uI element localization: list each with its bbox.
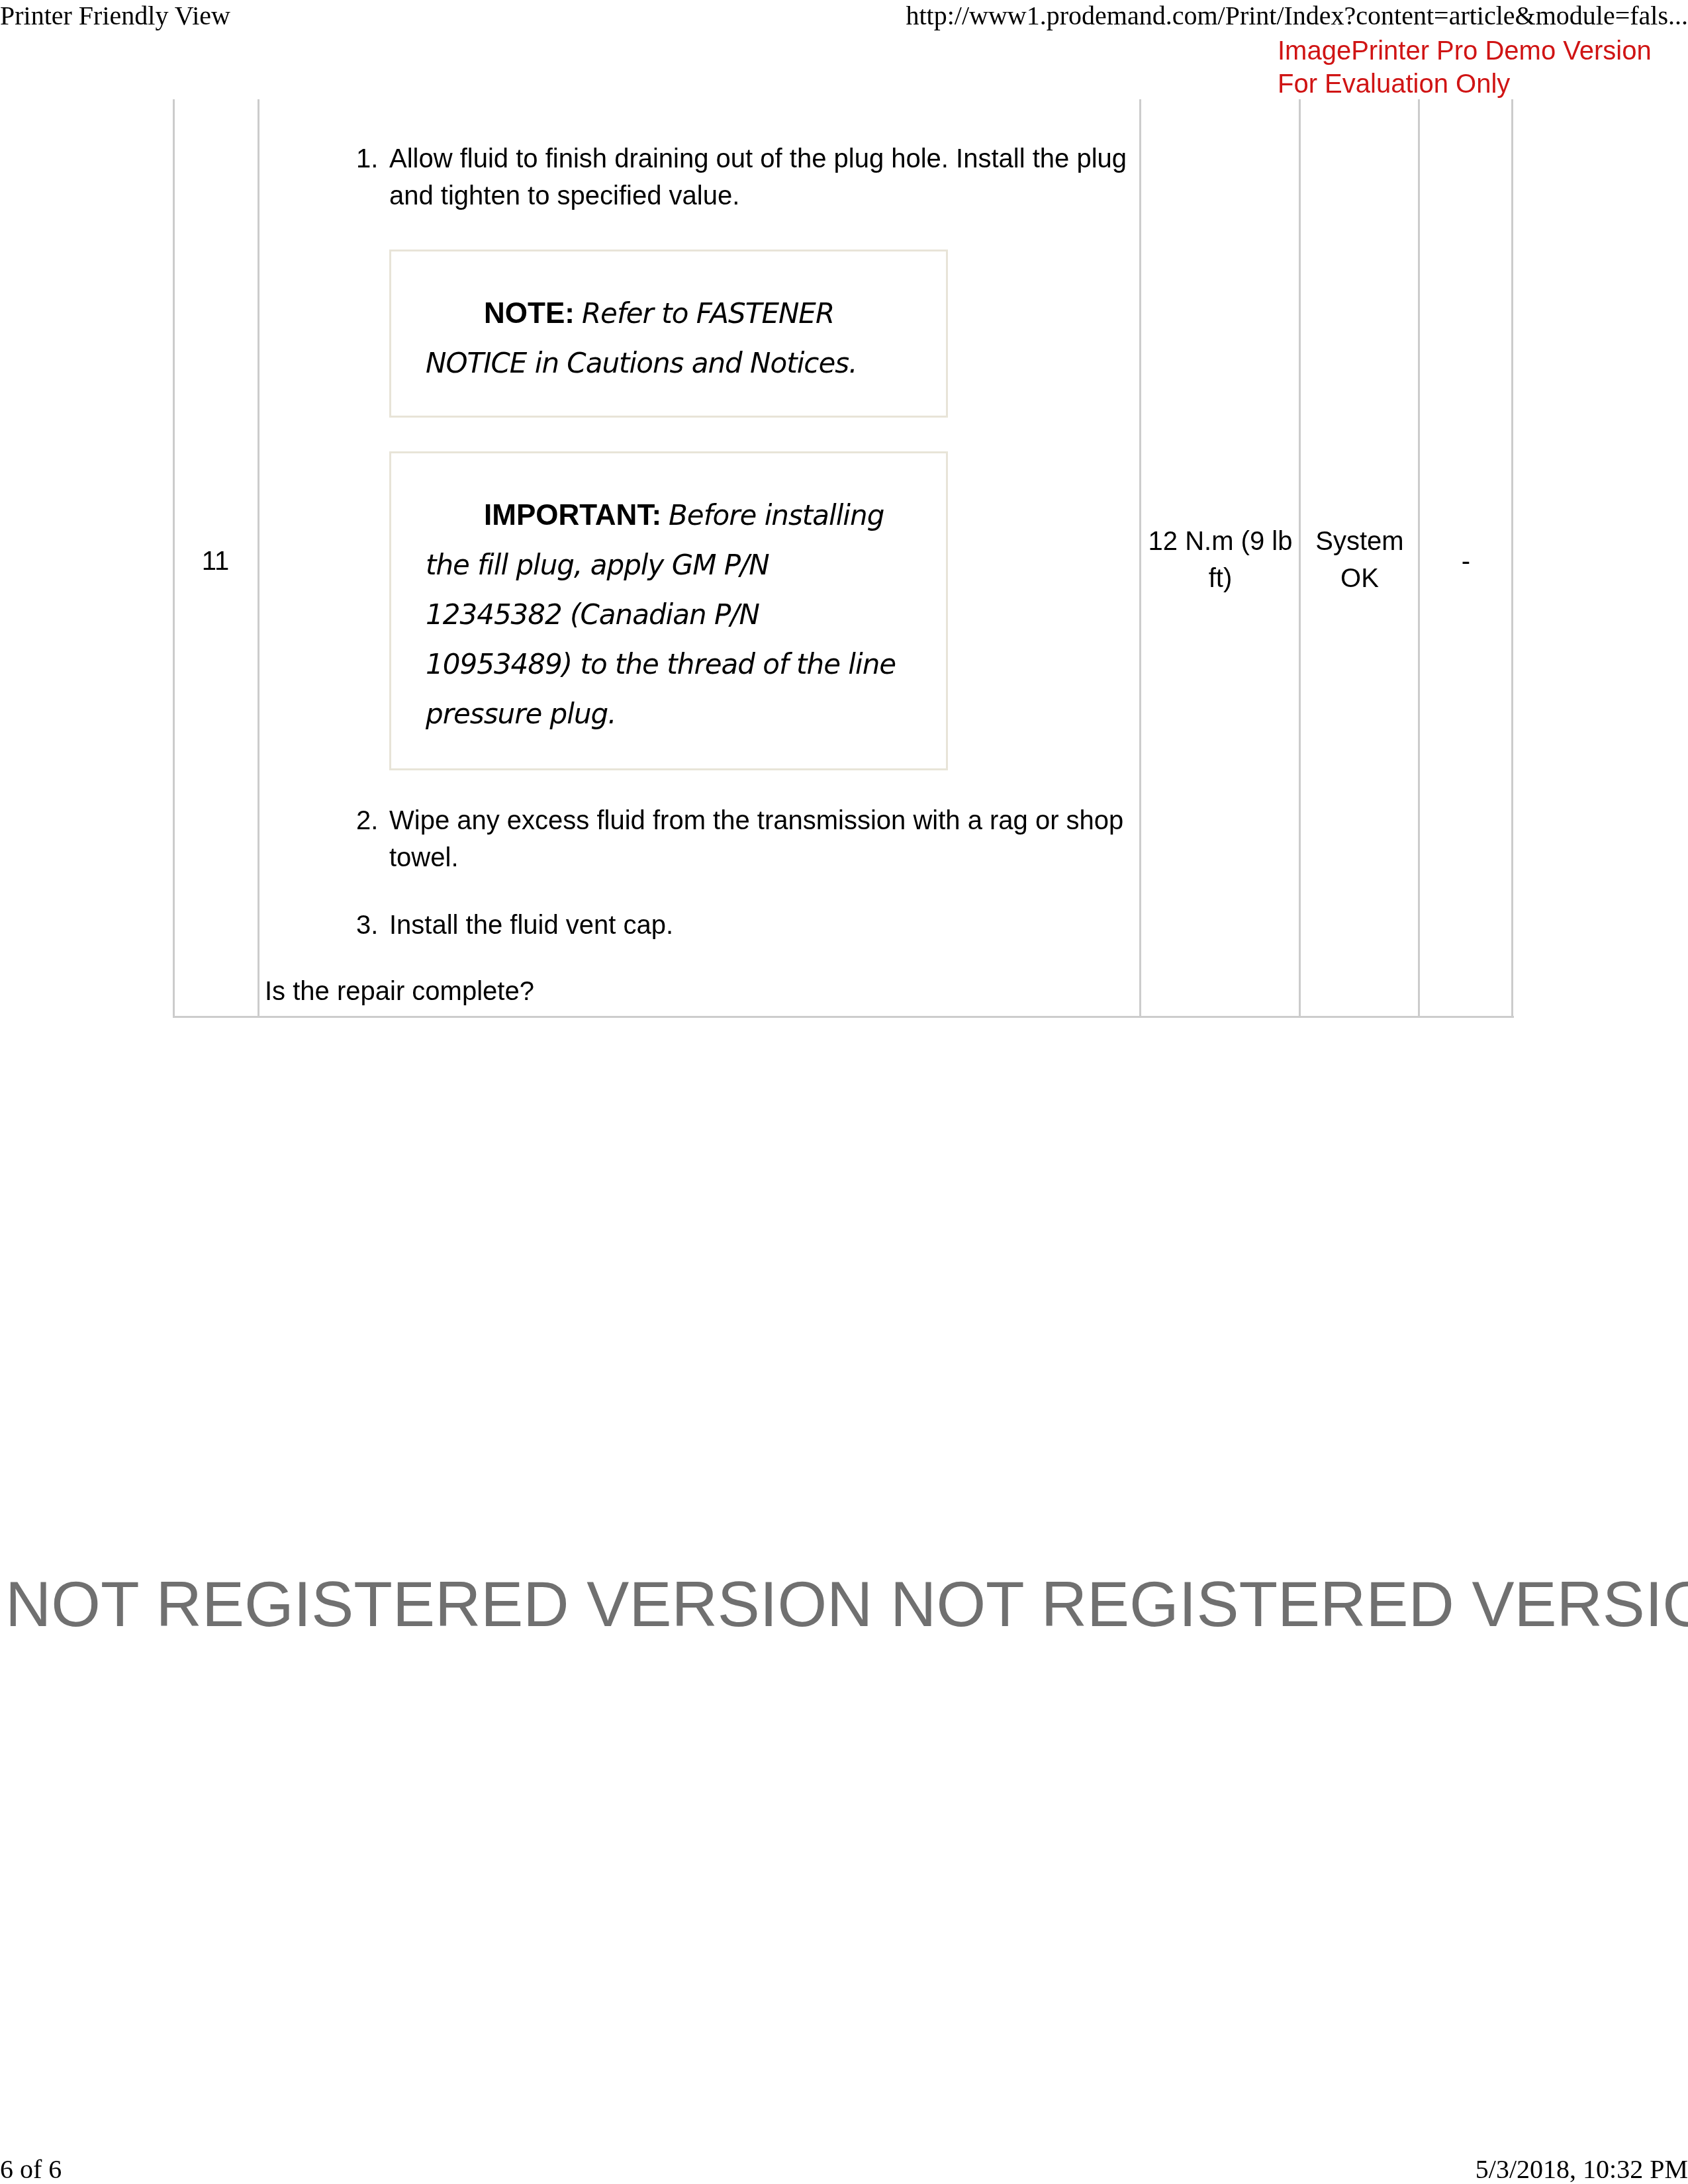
yes-result: System OK xyxy=(1301,523,1419,597)
no-result: - xyxy=(1420,543,1512,580)
list-item-number: 1. xyxy=(356,140,378,177)
unregistered-watermark: NOT REGISTERED VERSION NOT REGISTERED VE… xyxy=(5,1569,1688,1641)
note-label: NOTE: xyxy=(484,297,575,330)
list-item: 1. Allow fluid to finish draining out of… xyxy=(356,140,1137,214)
table-border-bottom xyxy=(173,1016,1514,1018)
step-number: 11 xyxy=(173,543,258,580)
list-item-number: 2. xyxy=(356,802,378,839)
list-item-number: 3. xyxy=(356,907,378,944)
list-item-text: Allow fluid to finish draining out of th… xyxy=(356,140,1137,214)
list-item: 3. Install the fluid vent cap. xyxy=(356,907,1137,944)
important-text: IMPORTANT: Before installing the fill pl… xyxy=(426,490,902,739)
note-box: NOTE: Refer to FASTENER NOTICE in Cautio… xyxy=(389,250,948,418)
page-header-title: Printer Friendly View xyxy=(0,0,230,32)
page-number: 6 of 6 xyxy=(0,2154,62,2184)
important-body: Before installing the fill plug, apply G… xyxy=(426,499,896,730)
page-header-url: http://www1.prodemand.com/Print/Index?co… xyxy=(906,0,1688,32)
demo-banner-line1: ImagePrinter Pro Demo Version xyxy=(1278,34,1652,68)
torque-value: 12 N.m (9 lb ft) xyxy=(1141,523,1299,597)
note-text: NOTE: Refer to FASTENER NOTICE in Cautio… xyxy=(426,289,902,388)
repair-question: Is the repair complete? xyxy=(265,973,534,1010)
list-item-text: Install the fluid vent cap. xyxy=(356,907,1137,944)
demo-banner-line2: For Evaluation Only xyxy=(1278,68,1510,101)
list-item-text: Wipe any excess fluid from the transmiss… xyxy=(356,802,1137,876)
important-label: IMPORTANT: xyxy=(484,499,661,531)
list-item: 2. Wipe any excess fluid from the transm… xyxy=(356,802,1137,876)
important-box: IMPORTANT: Before installing the fill pl… xyxy=(389,451,948,770)
print-datetime: 5/3/2018, 10:32 PM xyxy=(1476,2154,1688,2184)
